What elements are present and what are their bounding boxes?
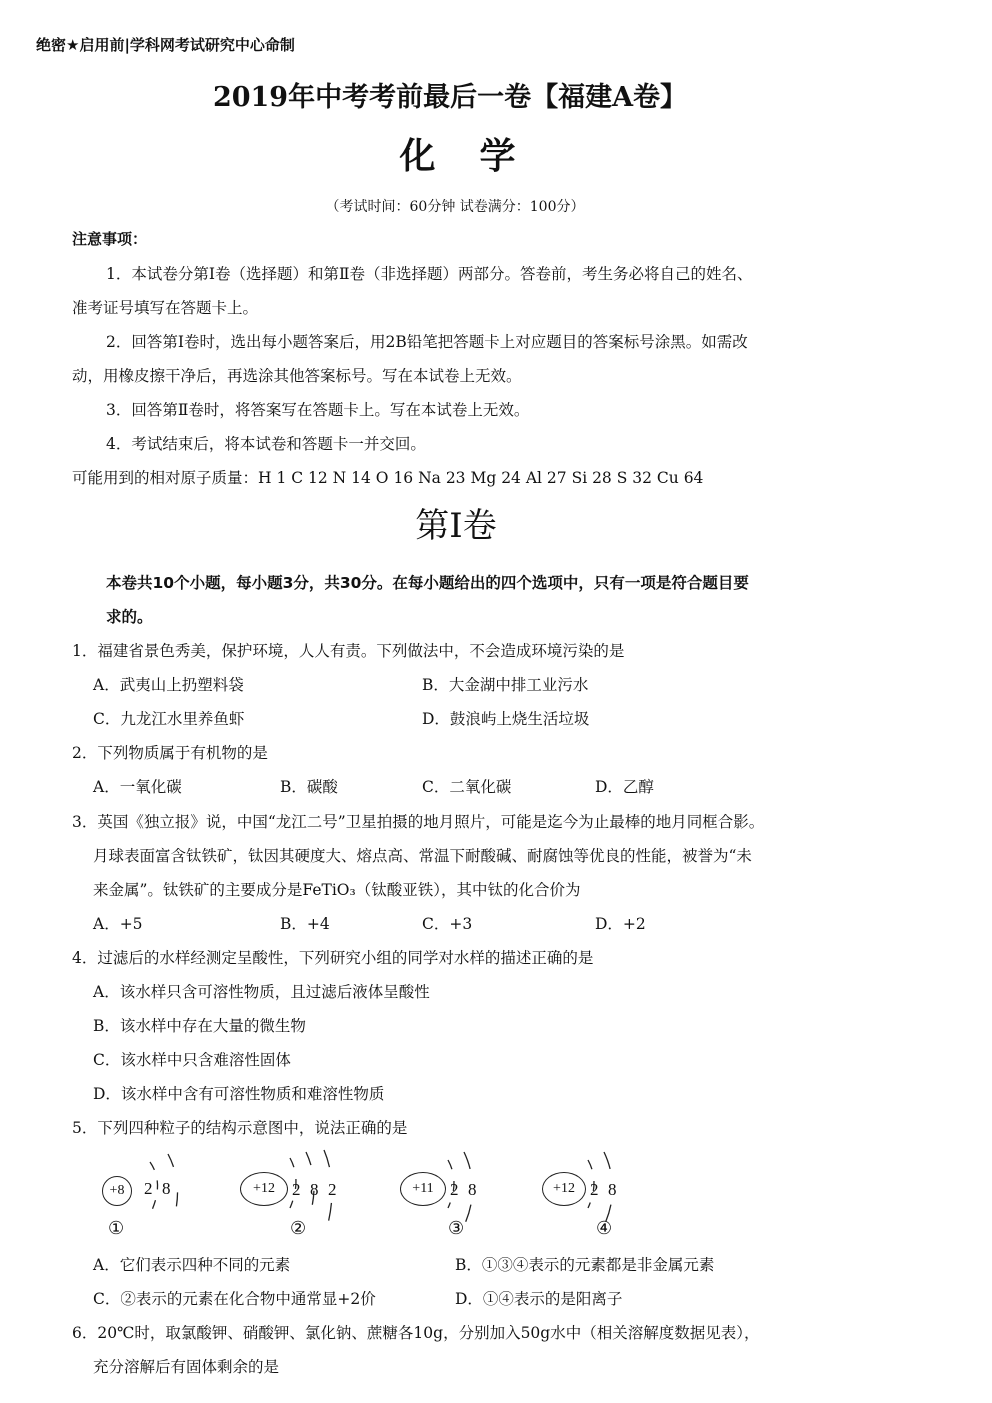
notice-item-4: 4．考试结束后，将本试卷和答题卡一并交回。 xyxy=(106,432,426,454)
question-2-option-d: D．乙醇 xyxy=(595,775,654,797)
diagram-label: ④ xyxy=(596,1218,612,1239)
question-4-option-c: C．该水样中只含难溶性固体 xyxy=(93,1048,291,1070)
notice-item-2-line-1: 2．回答第Ⅰ卷时，选出每小题答案后，用2B铅笔把答题卡上对应题目的答案标号涂黑。… xyxy=(106,330,748,352)
shell-1-electrons: 2 xyxy=(450,1180,459,1200)
question-3-option-b: B．+4 xyxy=(280,912,330,934)
shell-1-electrons: 2 xyxy=(144,1179,153,1199)
section-intro-line-1: 本卷共10个小题，每小题3分，共30分。在每小题给出的四个选项中，只有一项是符合… xyxy=(106,571,749,593)
question-1-stem: 1．福建省景色秀美，保护环境，人人有责。下列做法中，不会造成环境污染的是 xyxy=(72,639,624,661)
question-1-option-a: A．武夷山上扔塑料袋 xyxy=(93,673,244,695)
notice-item-1-line-2: 准考证号填写在答题卡上。 xyxy=(72,296,258,318)
shell-2-electrons: 8 xyxy=(310,1180,319,1200)
atom-structure-diagram-3: +11 2 8 ③ xyxy=(400,1150,500,1244)
nucleus: +12 xyxy=(240,1172,288,1206)
atom-structure-diagram-4: +12 2 8 ④ xyxy=(542,1150,642,1244)
question-5-stem: 5．下列四种粒子的结构示意图中，说法正确的是 xyxy=(72,1116,407,1138)
exam-info: （考试时间：60分钟 试卷满分：100分） xyxy=(0,196,910,216)
atom-structure-diagram-1: +8 2 8 ① xyxy=(100,1150,200,1240)
diagram-label: ③ xyxy=(448,1218,464,1239)
question-4-stem: 4．过滤后的水样经测定呈酸性，下列研究小组的同学对水样的描述正确的是 xyxy=(72,946,593,968)
question-3-stem-line-2: 月球表面富含钛铁矿，钛因其硬度大、熔点高、常温下耐酸碱、耐腐蚀等优良的性能，被誉… xyxy=(93,844,752,866)
section-title: 第Ⅰ卷 xyxy=(0,498,912,547)
atomic-masses: 可能用到的相对原子质量：H 1 C 12 N 14 O 16 Na 23 Mg … xyxy=(72,466,703,488)
question-1-option-d: D．鼓浪屿上烧生活垃圾 xyxy=(422,707,589,729)
question-2-stem: 2．下列物质属于有机物的是 xyxy=(72,741,268,763)
atom-structure-diagram-2: +12 2 8 2 ② xyxy=(240,1148,360,1242)
question-6-stem-line-2: 充分溶解后有固体剩余的是 xyxy=(93,1355,279,1377)
shell-1-electrons: 2 xyxy=(590,1180,599,1200)
question-2-option-c: C．二氧化碳 xyxy=(422,775,511,797)
subject-title: 化学 xyxy=(0,128,915,179)
exam-title: 2019年中考考前最后一卷【福建A卷】 xyxy=(0,75,900,114)
question-5-option-b: B．①③④表示的元素都是非金属元素 xyxy=(455,1253,714,1275)
notice-item-2-line-2: 动，用橡皮擦干净后，再选涂其他答案标号。写在本试卷上无效。 xyxy=(72,364,522,386)
diagram-label: ① xyxy=(108,1218,124,1239)
question-4-option-d: D．该水样中含有可溶性物质和难溶性物质 xyxy=(93,1082,384,1104)
question-4-option-a: A．该水样只含可溶性物质，且过滤后液体呈酸性 xyxy=(93,980,430,1002)
question-2-option-b: B．碳酸 xyxy=(280,775,338,797)
shell-2-electrons: 8 xyxy=(608,1180,617,1200)
question-1-option-c: C．九龙江水里养鱼虾 xyxy=(93,707,244,729)
nucleus: +12 xyxy=(542,1172,586,1206)
confidential-tag: 绝密★启用前|学科网考试研究中心命制 xyxy=(36,34,295,55)
question-4-option-b: B．该水样中存在大量的微生物 xyxy=(93,1014,306,1036)
notice-item-1-line-1: 1．本试卷分第Ⅰ卷（选择题）和第Ⅱ卷（非选择题）两部分。答卷前，考生务必将自己的… xyxy=(106,262,753,284)
shell-3-electrons: 2 xyxy=(328,1180,337,1200)
notice-title: 注意事项： xyxy=(72,228,147,249)
shell-2-electrons: 8 xyxy=(468,1180,477,1200)
notice-item-3: 3．回答第Ⅱ卷时，将答案写在答题卡上。写在本试卷上无效。 xyxy=(106,398,529,420)
question-3-option-d: D．+2 xyxy=(595,912,646,934)
shell-1-electrons: 2 xyxy=(292,1180,301,1200)
question-5-option-a: A．它们表示四种不同的元素 xyxy=(93,1253,290,1275)
question-3-option-c: C．+3 xyxy=(422,912,472,934)
question-5-option-d: D．①④表示的是阳离子 xyxy=(455,1287,622,1309)
question-1-option-b: B．大金湖中排工业污水 xyxy=(422,673,588,695)
question-6-stem-line-1: 6．20℃时，取氯酸钾、硝酸钾、氯化钠、蔗糖各10g，分别加入50g水中（相关溶… xyxy=(72,1321,759,1343)
nucleus: +11 xyxy=(400,1172,446,1206)
question-2-option-a: A．一氧化碳 xyxy=(93,775,182,797)
diagram-label: ② xyxy=(290,1218,306,1239)
nucleus: +8 xyxy=(102,1176,132,1206)
subject-char-1: 化 xyxy=(399,136,435,177)
question-3-option-a: A．+5 xyxy=(93,912,143,934)
section-intro-line-2: 求的。 xyxy=(106,605,153,627)
question-5-option-c: C．②表示的元素在化合物中通常显+2价 xyxy=(93,1287,376,1309)
question-3-stem-line-3: 来金属”。钛铁矿的主要成分是FeTiO₃（钛酸亚铁），其中钛的化合价为 xyxy=(93,878,580,900)
question-3-stem-line-1: 3．英国《独立报》说，中国“龙江二号”卫星拍摄的地月照片，可能是迄今为止最棒的地… xyxy=(72,810,764,832)
shell-2-electrons: 8 xyxy=(162,1179,171,1199)
subject-char-2: 学 xyxy=(480,136,516,177)
